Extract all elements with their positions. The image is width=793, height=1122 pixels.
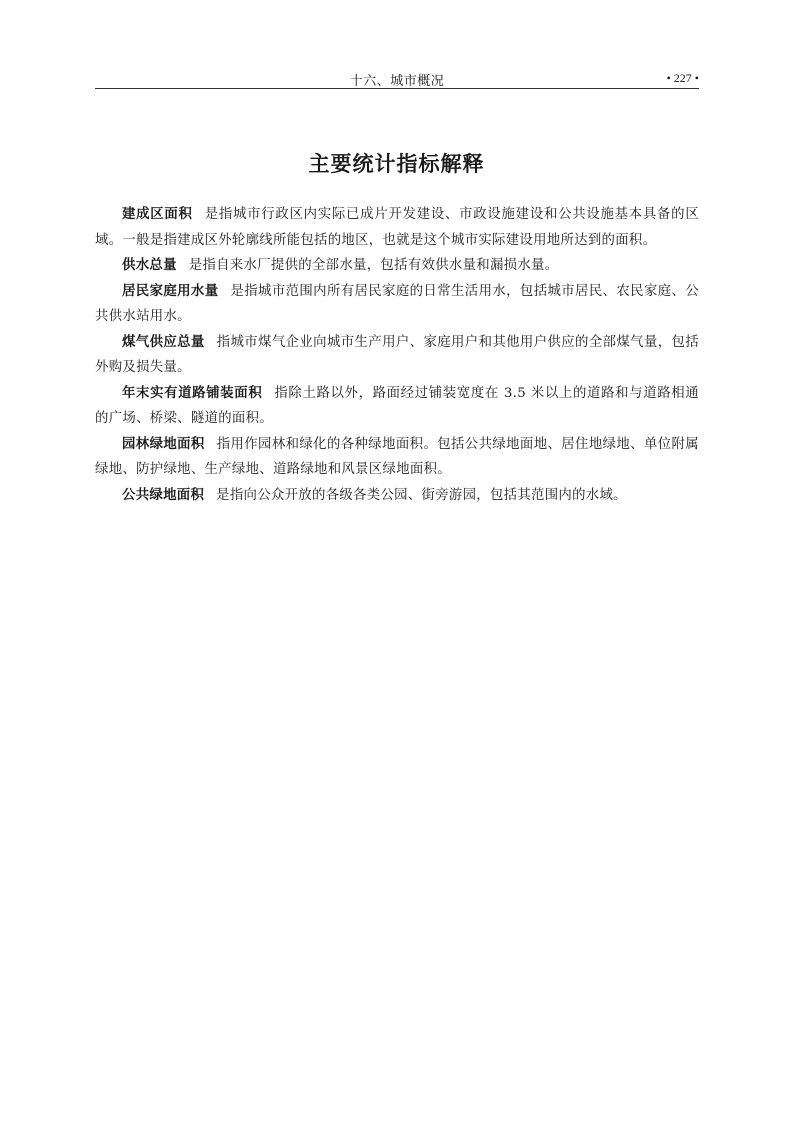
definition-entry-water-supply: 供水总量是指自来水厂提供的全部水量，包括有效供水量和漏损水量。: [95, 253, 699, 279]
definition-entry-household-water: 居民家庭用水量是指城市范围内所有居民家庭的日常生活用水，包括城市居民、农民家庭、…: [95, 279, 699, 330]
running-header: 十六、城市概况 • 227 •: [95, 68, 699, 89]
definition-entry-gas-supply: 煤气供应总量指城市煤气企业向城市生产用户、家庭用户和其他用户供应的全部煤气量，包…: [95, 330, 699, 381]
term-label: 年末实有道路铺装面积: [122, 386, 262, 401]
term-label: 公共绿地面积: [122, 488, 204, 503]
definition-entry-public-green-area: 公共绿地面积是指向公众开放的各级各类公园、街旁游园，包括其范围内的水域。: [95, 483, 699, 509]
page-number: • 227 •: [667, 71, 699, 86]
definition-entry-paved-road-area: 年末实有道路铺装面积指除土路以外，路面经过铺装宽度在 3.5 米以上的道路和与道…: [95, 381, 699, 432]
definition-entry-green-area: 园林绿地面积指用作园林和绿化的各种绿地面积。包括公共绿地面地、居住地绿地、单位附…: [95, 432, 699, 483]
section-title: 十六、城市概况: [95, 70, 699, 89]
term-label: 园林绿地面积: [122, 437, 205, 452]
term-label: 居民家庭用水量: [122, 284, 218, 299]
definitions-list: 建成区面积是指城市行政区内实际已成片开发建设、市政设施建设和公共设施基本具备的区…: [95, 202, 699, 508]
term-label: 供水总量: [122, 258, 177, 273]
term-definition: 是指向公众开放的各级各类公园、街旁游园，包括其范围内的水域。: [216, 488, 627, 503]
definition-entry-built-up-area: 建成区面积是指城市行政区内实际已成片开发建设、市政设施建设和公共设施基本具备的区…: [95, 202, 699, 253]
term-definition: 是指自来水厂提供的全部水量，包括有效供水量和漏损水量。: [189, 258, 559, 273]
term-label: 煤气供应总量: [122, 335, 205, 350]
term-label: 建成区面积: [122, 207, 193, 222]
page-title: 主要统计指标解释: [0, 148, 793, 178]
